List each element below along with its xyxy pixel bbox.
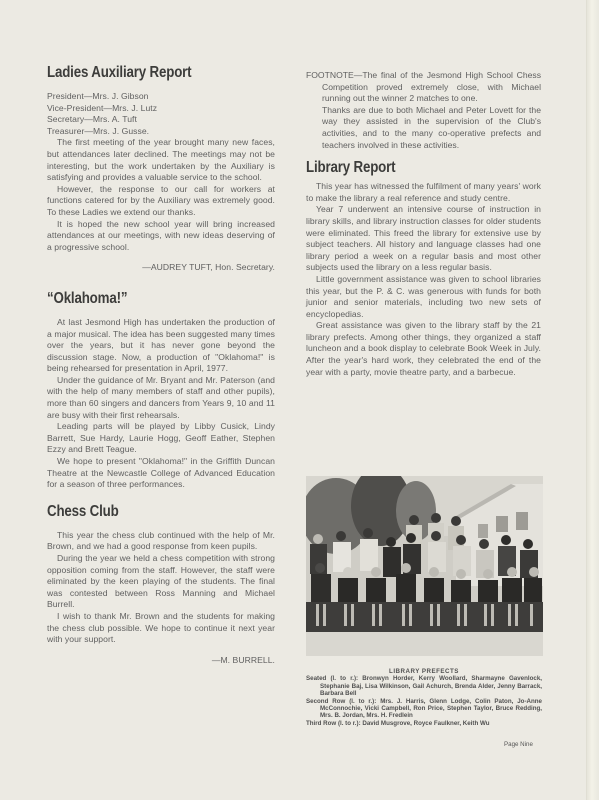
officer-president: President—Mrs. J. Gibson xyxy=(47,91,275,103)
page-number: Page Nine xyxy=(504,741,533,748)
signature: —AUDREY TUFT, Hon. Secretary. xyxy=(47,262,275,274)
ladies-auxiliary-body: President—Mrs. J. Gibson Vice-President—… xyxy=(47,91,275,274)
right-column: FOOTNOTE—The final of the Jesmond High S… xyxy=(306,70,541,378)
paragraph: Leading parts will be played by Libby Cu… xyxy=(47,421,275,456)
chess-footnote: FOOTNOTE—The final of the Jesmond High S… xyxy=(306,70,541,151)
paragraph: Year 7 underwent an intensive course of … xyxy=(306,204,541,274)
section-title-oklahoma: “Oklahoma!” xyxy=(47,290,243,308)
oklahoma-section: “Oklahoma!” At last Jesmond High has und… xyxy=(47,290,275,491)
library-report-body: This year has witnessed the fulfilment o… xyxy=(306,181,541,378)
chess-club-body: This year the chess club continued with … xyxy=(47,530,275,667)
paragraph: The first meeting of the year brought ma… xyxy=(47,137,275,183)
library-report-section: Library Report This year has witnessed t… xyxy=(306,159,541,378)
oklahoma-body: At last Jesmond High has undertaken the … xyxy=(47,317,275,491)
chess-club-section: Chess Club This year the chess club cont… xyxy=(47,503,275,667)
paragraph: However, the response to our call for wo… xyxy=(47,184,275,219)
section-title-chess-club: Chess Club xyxy=(47,503,243,521)
paragraph: We hope to present "Oklahoma!" in the Gr… xyxy=(47,456,275,491)
signature: —M. BURRELL. xyxy=(47,655,275,667)
footnote-paragraph: FOOTNOTE—The final of the Jesmond High S… xyxy=(306,70,541,105)
caption-row-seated: Seated (l. to r.): Bronwyn Horder, Kerry… xyxy=(306,675,542,697)
caption-row-third: Third Row (l. to r.): David Musgrove, Ro… xyxy=(306,720,542,727)
paragraph: This year the chess club continued with … xyxy=(47,530,275,553)
photo-caption: LIBRARY PREFECTS Seated (l. to r.): Bron… xyxy=(306,668,542,727)
paragraph: Great assistance was given to the librar… xyxy=(306,320,541,378)
ladies-auxiliary-section: Ladies Auxiliary Report President—Mrs. J… xyxy=(47,64,275,274)
officer-vice-president: Vice-President—Mrs. J. Lutz xyxy=(47,103,275,115)
section-title-ladies-auxiliary: Ladies Auxiliary Report xyxy=(47,64,243,82)
section-title-library-report: Library Report xyxy=(306,159,508,177)
paragraph: I wish to thank Mr. Brown and the studen… xyxy=(47,611,275,646)
paragraph: At last Jesmond High has undertaken the … xyxy=(47,317,275,375)
paragraph: This year has witnessed the fulfilment o… xyxy=(306,181,541,204)
paragraph: It is hoped the new school year will bri… xyxy=(47,219,275,254)
paragraph: During the year we held a chess competit… xyxy=(47,553,275,611)
group-photo-image xyxy=(306,476,543,656)
library-prefects-photo xyxy=(306,476,543,656)
footnote-paragraph: Thanks are due to both Michael and Peter… xyxy=(306,105,541,151)
paragraph: Under the guidance of Mr. Bryant and Mr.… xyxy=(47,375,275,421)
caption-row-second: Second Row (l. to r.): Mrs. J. Harris, G… xyxy=(306,698,542,720)
officer-secretary: Secretary—Mrs. A. Tuft xyxy=(47,114,275,126)
paragraph: Little government assistance was given t… xyxy=(306,274,541,320)
left-column: Ladies Auxiliary Report President—Mrs. J… xyxy=(47,64,275,666)
officer-treasurer: Treasurer—Mrs. J. Gusse. xyxy=(47,126,275,138)
caption-title: LIBRARY PREFECTS xyxy=(306,668,542,675)
page-edge xyxy=(586,0,599,800)
